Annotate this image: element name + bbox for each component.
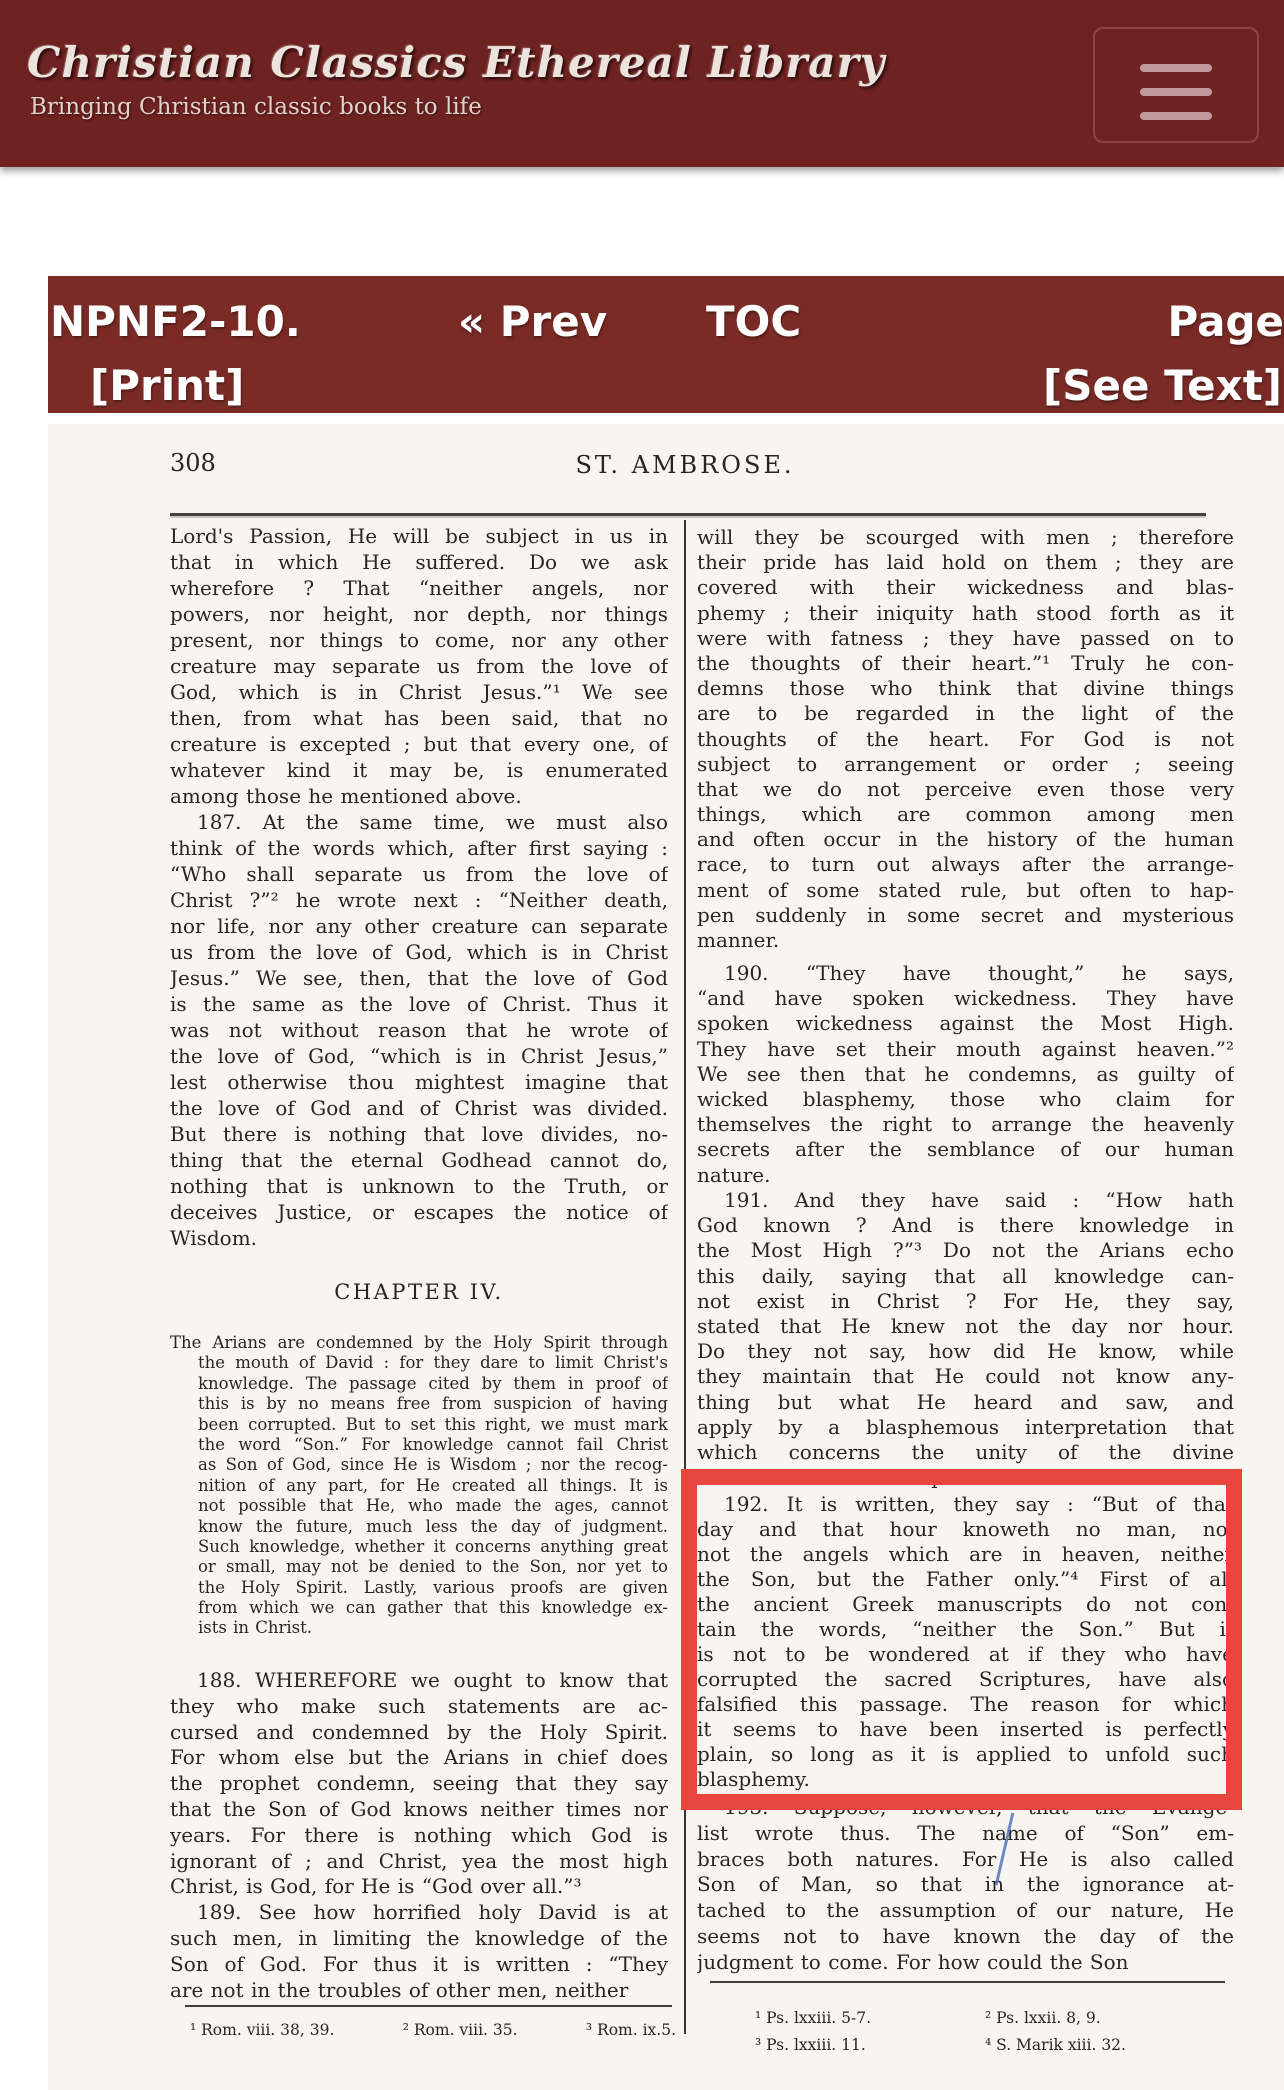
text-line: that in which He suffered. Do we ask xyxy=(170,549,668,575)
text-line: is the same as the love of Christ. Thus … xyxy=(170,991,668,1017)
highlight-box xyxy=(681,1469,1242,1810)
running-head: ST. AMBROSE. xyxy=(575,451,795,479)
text-line: not possible that He, who made the ages,… xyxy=(170,1496,668,1516)
text-line: pen suddenly in some secret and mysterio… xyxy=(697,903,1234,928)
text-line: list wrote thus. The name of “Son” em- xyxy=(697,1821,1234,1847)
text-line: Jesus.” We see, then, that the love of G… xyxy=(170,965,668,991)
text-line: tached to the assumption of our nature, … xyxy=(697,1898,1234,1924)
text-line: demns those who think that divine things xyxy=(697,676,1234,701)
text-line: the mouth of David : for they dare to li… xyxy=(170,1353,668,1373)
text-line: think of the words which, after first sa… xyxy=(170,835,668,861)
text-line: Do they not say, how did He know, while xyxy=(697,1339,1234,1364)
text-line: the thoughts of their heart.”¹ Truly he … xyxy=(697,651,1234,676)
text-block: Lord's Passion, He will be subject in us… xyxy=(170,523,668,809)
toc-link[interactable]: TOC xyxy=(706,298,801,346)
text-line: nition of any part, for He created all t… xyxy=(170,1476,668,1496)
text-line: Son of God. For thus it is written : “Th… xyxy=(170,1952,668,1978)
page-number: 308 xyxy=(170,449,216,477)
toolbar: NPNF2-10. « Prev TOC Page [Print] [See T… xyxy=(48,276,1284,413)
text-line: this daily, saying that all knowledge ca… xyxy=(697,1264,1234,1289)
text-block: will they be scourged with men ; therefo… xyxy=(697,525,1234,953)
hamburger-icon xyxy=(1095,35,1257,120)
text-line: wherefore ? That “neither angels, nor xyxy=(170,575,668,601)
footnotes-left: ¹ Rom. viii. 38, 39.² Rom. viii. 35.³ Ro… xyxy=(190,2021,676,2039)
footnote-rule-left xyxy=(185,2005,672,2007)
text-line: been corrupted. But to set this right, w… xyxy=(170,1415,668,1435)
chapter-heading: CHAPTER IV. xyxy=(170,1280,668,1304)
text-line: as Son of God, since He is Wisdom ; nor … xyxy=(170,1455,668,1475)
text-line: wicked blasphemy, those who claim for xyxy=(697,1087,1234,1112)
text-line: they who make such statements are ac- xyxy=(170,1694,668,1720)
text-line: apply by a blasphemous interpretation th… xyxy=(697,1415,1234,1440)
text-line: 187. At the same time, we must also xyxy=(170,809,668,835)
text-line: the Holy Spirit. Lastly, various proofs … xyxy=(170,1578,668,1598)
text-line: was not without reason that he wrote of xyxy=(170,1017,668,1043)
text-line: 191. And they have said : “How hath xyxy=(697,1188,1234,1213)
text-line: that we do not perceive even those very xyxy=(697,777,1234,802)
text-line: know the future, much less the day of ju… xyxy=(170,1517,668,1537)
text-block: The Arians are condemned by the Holy Spi… xyxy=(170,1333,668,1639)
text-line: 189. See how horrified holy David is at xyxy=(170,1900,668,1926)
text-line: The Arians are condemned by the Holy Spi… xyxy=(170,1333,668,1353)
text-line: secrets after the semblance of our human xyxy=(697,1137,1234,1162)
text-line: this is by no means free from suspicion … xyxy=(170,1394,668,1414)
site-header: Christian Classics Ethereal Library Brin… xyxy=(0,0,1284,167)
text-line: us from the love of God, which is in Chr… xyxy=(170,939,668,965)
text-line: deceives Justice, or escapes the notice … xyxy=(170,1199,668,1225)
text-line: were with fatness ; they have passed on … xyxy=(697,626,1234,651)
footnote: ² Rom. viii. 35. xyxy=(403,2021,518,2039)
text-line: their pride has laid hold on them ; they… xyxy=(697,550,1234,575)
text-line: covered with their wickedness and blas- xyxy=(697,575,1234,600)
text-line: they maintain that He could not know any… xyxy=(697,1364,1234,1389)
text-line: creature is excepted ; but that every on… xyxy=(170,731,668,757)
text-line: seems not to have known the day of the xyxy=(697,1924,1234,1950)
footnote: ⁴ S. Marik xiii. 32. xyxy=(985,2036,1126,2054)
text-line: phemy ; their iniquity hath stood forth … xyxy=(697,601,1234,626)
footnote: ² Ps. lxxii. 8, 9. xyxy=(985,2009,1101,2027)
toolbar-book-title[interactable]: NPNF2-10. xyxy=(50,298,301,346)
text-line: Christ ?”² he wrote next : “Neither deat… xyxy=(170,887,668,913)
text-line: then, from what has been said, that no xyxy=(170,705,668,731)
text-block: 193. Suppose, however, that the Evange-l… xyxy=(697,1795,1234,1976)
text-line: race, to turn out always after the arran… xyxy=(697,852,1234,877)
text-line: For whom else but the Arians in chief do… xyxy=(170,1745,668,1771)
text-line: God, which is in Christ Jesus.”¹ We see xyxy=(170,679,668,705)
text-line: present, nor things to come, nor any oth… xyxy=(170,627,668,653)
text-line: cursed and condemned by the Holy Spirit. xyxy=(170,1720,668,1746)
text-line: themselves the right to arrange the heav… xyxy=(697,1112,1234,1137)
text-line: judgment to come. For how could the Son xyxy=(697,1950,1234,1976)
footnote: ³ Ps. lxxiii. 11. xyxy=(755,2036,866,2054)
text-line: ists in Christ. xyxy=(170,1618,668,1638)
text-line: lest otherwise thou mightest imagine tha… xyxy=(170,1069,668,1095)
text-line: subject to arrangement or order ; seeing xyxy=(697,752,1234,777)
text-line: ment of some stated rule, but often to h… xyxy=(697,878,1234,903)
text-line: They have set their mouth against heaven… xyxy=(697,1037,1234,1062)
text-line: Son of Man, so that in the ignorance at- xyxy=(697,1872,1234,1898)
text-line: the love of God, “which is in Christ Jes… xyxy=(170,1043,668,1069)
text-block: 190. “They have thought,” he says,“and h… xyxy=(697,961,1234,1188)
text-line: creature may separate us from the love o… xyxy=(170,653,668,679)
text-line: things, which are common among men xyxy=(697,802,1234,827)
print-link[interactable]: [Print] xyxy=(90,362,244,410)
footnote: ¹ Rom. viii. 38, 39. xyxy=(190,2021,334,2039)
text-line: the love of God and of Christ was divide… xyxy=(170,1095,668,1121)
page-link[interactable]: Page xyxy=(1167,298,1284,346)
text-line: But there is nothing that love divides, … xyxy=(170,1121,668,1147)
text-line: Christ, is God, for He is “God over all.… xyxy=(170,1874,668,1900)
text-line: manner. xyxy=(697,928,1234,953)
text-line: the word “Son.” For knowledge cannot fai… xyxy=(170,1435,668,1455)
text-line: Such knowledge, whether it concerns anyt… xyxy=(170,1537,668,1557)
footnote-rule-right xyxy=(710,1981,1225,1983)
text-line: will they be scourged with men ; therefo… xyxy=(697,525,1234,550)
text-line: which concerns the unity of the divine xyxy=(697,1440,1234,1465)
text-line: God known ? And is there knowledge in xyxy=(697,1213,1234,1238)
text-line: and often occur in the history of the hu… xyxy=(697,827,1234,852)
text-line: the Most High ?”³ Do not the Arians echo xyxy=(697,1238,1234,1263)
text-line: thoughts of the heart. For God is not xyxy=(697,727,1234,752)
footnote: ³ Rom. ix.5. xyxy=(586,2021,676,2039)
text-line: nature. xyxy=(697,1163,1234,1188)
text-line: are not in the troubles of other men, ne… xyxy=(170,1978,668,2004)
scanned-page: 308 ST. AMBROSE. CHAPTER IV. ¹ Rom. viii… xyxy=(48,424,1284,2090)
text-line: thing that the eternal Godhead cannot do… xyxy=(170,1147,668,1173)
text-line: “and have spoken wickedness. They have xyxy=(697,986,1234,1011)
text-line: 190. “They have thought,” he says, xyxy=(697,961,1234,986)
text-line: powers, nor height, nor depth, nor thing… xyxy=(170,601,668,627)
text-line: stated that He knew not the day nor hour… xyxy=(697,1314,1234,1339)
text-line: the prophet condemn, seeing that they sa… xyxy=(170,1771,668,1797)
text-line: that the Son of God knows neither times … xyxy=(170,1797,668,1823)
text-line: from which we can gather that this knowl… xyxy=(170,1598,668,1618)
site-logo[interactable]: Christian Classics Ethereal Library xyxy=(27,38,885,87)
text-line: nor life, nor any other creature can sep… xyxy=(170,913,668,939)
text-line: spoken wickedness against the Most High. xyxy=(697,1011,1234,1036)
text-line: or small, may not be denied to the Son, … xyxy=(170,1557,668,1577)
text-line: knowledge. The passage cited by them in … xyxy=(170,1374,668,1394)
text-line: We see then that he condemns, as guilty … xyxy=(697,1062,1234,1087)
see-text-link[interactable]: [See Text] xyxy=(1043,362,1282,410)
text-line: are to be regarded in the light of the xyxy=(697,701,1234,726)
text-block: 187. At the same time, we must alsothink… xyxy=(170,809,668,1251)
site-tagline: Bringing Christian classic books to life xyxy=(30,94,482,120)
menu-button[interactable] xyxy=(1093,27,1259,143)
text-line: not exist in Christ ? For He, they say, xyxy=(697,1289,1234,1314)
text-line: among those he mentioned above. xyxy=(170,783,668,809)
text-line: ignorant of ; and Christ, yea the most h… xyxy=(170,1849,668,1875)
text-line: “Who shall separate us from the love of xyxy=(170,861,668,887)
text-block: 191. And they have said : “How hathGod k… xyxy=(697,1188,1234,1490)
text-line: thing but what He heard and saw, and xyxy=(697,1390,1234,1415)
text-line: Wisdom. xyxy=(170,1225,668,1251)
text-line: whatever kind it may be, is enumerated xyxy=(170,757,668,783)
text-line: years. For there is nothing which God is xyxy=(170,1823,668,1849)
text-block: 188. WHEREFORE we ought to know thatthey… xyxy=(170,1668,668,2003)
text-line: such men, in limiting the knowledge of t… xyxy=(170,1926,668,1952)
text-line: nothing that is unknown to the Truth, or xyxy=(170,1173,668,1199)
text-line: Lord's Passion, He will be subject in us… xyxy=(170,523,668,549)
text-line: 188. WHEREFORE we ought to know that xyxy=(170,1668,668,1694)
footnote: ¹ Ps. lxxiii. 5-7. xyxy=(755,2009,871,2027)
text-line: braces both natures. For He is also call… xyxy=(697,1847,1234,1873)
prev-link[interactable]: « Prev xyxy=(458,298,607,346)
header-rule xyxy=(170,513,1206,516)
